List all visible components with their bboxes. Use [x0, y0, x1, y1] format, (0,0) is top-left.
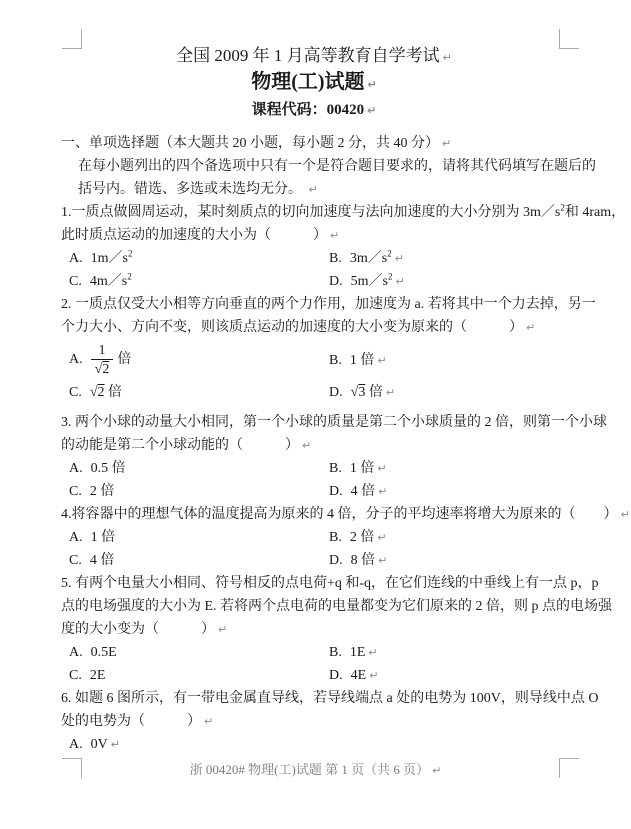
- return-mark-icon: ↵: [395, 252, 404, 265]
- option: A.1√2倍: [61, 342, 329, 379]
- fraction-numerator: 1: [91, 342, 114, 359]
- option-text: 1 倍: [350, 353, 375, 368]
- option: C.2 倍: [61, 480, 329, 503]
- fraction: 1√2: [91, 342, 114, 379]
- return-mark-icon: ↵: [330, 229, 339, 242]
- radicand: 2: [98, 385, 105, 400]
- return-mark-icon: ↵: [378, 554, 387, 567]
- page-footer: 浙 00420# 物理(工)试题 第 1 页（共 6 页）↵: [0, 759, 631, 778]
- text: 1E: [350, 645, 366, 660]
- text: 4 倍: [90, 553, 115, 568]
- option: B.3m／s2↵: [329, 247, 567, 270]
- option: B.1 倍↵: [329, 349, 567, 372]
- option-label: A.: [69, 737, 83, 752]
- option: A.1m／s2: [61, 247, 329, 270]
- text: 1m／s: [91, 251, 128, 266]
- exam-page: 全国 2009 年 1 月高等教育自学考试↵ 物理(工)试题↵ 课程代码：004…: [0, 0, 631, 829]
- question: 6. 如题 6 图所示，有一带电金属直导线，若导线端点 a 处的电势为 100V…: [61, 687, 567, 756]
- text: 1 倍: [350, 353, 375, 368]
- option: C.4m／s2: [61, 270, 329, 293]
- return-mark-icon: ↵: [309, 183, 318, 196]
- return-mark-icon: ↵: [204, 715, 213, 728]
- return-mark-icon: ↵: [377, 531, 386, 544]
- option-label: A.: [69, 352, 83, 367]
- question-stem-line: 3. 两个小球的动量大小相同，第一个小球的质量是第二个小球质量的 2 倍，则第一…: [61, 411, 567, 434]
- options-row: A.0.5EB.1E↵: [61, 641, 567, 664]
- text: 8 倍: [351, 553, 376, 568]
- course-code: 课程代码：00420↵: [61, 97, 567, 124]
- option-label: B.: [329, 353, 342, 368]
- return-mark-icon: ↵: [442, 137, 451, 150]
- option-text: 5m／s2: [351, 274, 393, 289]
- option-label: D.: [329, 385, 343, 400]
- option-text: 2 倍: [350, 530, 375, 545]
- fraction-denominator: √2: [91, 359, 114, 379]
- section-heading-text: 一、单项选择题（本大题共 20 小题，每小题 2 分，共 40 分）: [61, 136, 439, 151]
- question-stem-line: 处的电势为（ ）↵: [61, 710, 567, 733]
- option-label: C.: [69, 385, 82, 400]
- text: 4 倍: [351, 484, 376, 499]
- text: 1 倍: [350, 461, 375, 476]
- option: B.1E↵: [329, 641, 567, 664]
- option-text: √2 倍: [90, 385, 122, 400]
- text: 此时质点运动的加速度的大小为（ ）: [61, 228, 327, 243]
- return-mark-icon: ↵: [377, 462, 386, 475]
- section-instructions: 在每小题列出的四个备选项中只有一个是符合题目要求的，请将其代码填写在题后的括号内…: [61, 155, 567, 201]
- option: A.0.5 倍: [61, 457, 329, 480]
- option: B.1 倍↵: [329, 457, 567, 480]
- text: 2. 一质点仅受大小相等方向垂直的两个力作用，加速度为 a. 若将其中一个力去掉…: [61, 297, 596, 312]
- radical-sign: √: [90, 385, 98, 400]
- option-text: 2E: [90, 668, 106, 683]
- question-stem-line: 度的大小变为（ ）↵: [61, 618, 567, 641]
- return-mark-icon: ↵: [368, 78, 377, 91]
- option-text: 1√2倍: [91, 352, 132, 367]
- text: 0.5E: [91, 645, 117, 660]
- text: 倍: [105, 385, 123, 400]
- options-row: A.0V↵: [61, 733, 567, 756]
- text: 倍: [365, 385, 383, 400]
- option-text: 4m／s2: [90, 274, 132, 289]
- page-content: 全国 2009 年 1 月高等教育自学考试↵ 物理(工)试题↵ 课程代码：004…: [61, 43, 567, 756]
- option-label: A.: [69, 461, 83, 476]
- option-text: 3m／s2: [350, 251, 392, 266]
- option-text: 4 倍: [90, 553, 115, 568]
- option: C.2E: [61, 664, 329, 687]
- text: 0.5 倍: [91, 461, 126, 476]
- instruction-text: 在每小题列出的四个备选项中只有一个是符合题目要求的，请将其代码填写在题后的: [78, 159, 596, 174]
- question-stem-line: 点的电场强度的大小为 E. 若将两个点电荷的电量都变为它们原来的 2 倍，则 p…: [61, 595, 567, 618]
- course-code-text: 课程代码：00420: [252, 102, 365, 118]
- superscript: 2: [387, 248, 392, 258]
- options-row: A.1√2倍B.1 倍↵: [61, 339, 567, 381]
- option: A.1 倍: [61, 526, 329, 549]
- subject-title-text: 物理(工)试题: [251, 71, 364, 93]
- text: 0V: [91, 737, 108, 752]
- option-text: 1m／s2: [91, 251, 133, 266]
- option-text: 1 倍: [91, 530, 116, 545]
- text: 度的大小变为（ ）: [61, 622, 215, 637]
- return-mark-icon: ↵: [302, 439, 311, 452]
- question: 4.将容器中的理想气体的温度提高为原来的 4 倍，分子的平均速率将增大为原来的（…: [61, 503, 567, 572]
- square-root: √3: [351, 385, 366, 400]
- page-footer-text: 浙 00420# 物理(工)试题 第 1 页（共 6 页）: [190, 762, 429, 777]
- square-root: √2: [95, 362, 110, 377]
- option-label: A.: [69, 251, 83, 266]
- question: 3. 两个小球的动量大小相同，第一个小球的质量是第二个小球质量的 2 倍，则第一…: [61, 411, 567, 503]
- option: D.8 倍↵: [329, 549, 567, 572]
- question-stem-line: 此时质点运动的加速度的大小为（ ）↵: [61, 224, 567, 247]
- instruction-line: 括号内。错选、多选或未选均无分。 ↵: [61, 178, 567, 201]
- text: 2 倍: [350, 530, 375, 545]
- return-mark-icon: ↵: [395, 275, 404, 288]
- text: 5m／s: [351, 274, 388, 289]
- superscript: 2: [128, 248, 133, 258]
- option: C.√2 倍: [61, 381, 329, 404]
- return-mark-icon: ↵: [367, 104, 376, 117]
- option-label: B.: [329, 530, 342, 545]
- option-label: B.: [329, 461, 342, 476]
- options-row: C.√2 倍D.√3 倍↵: [61, 381, 567, 404]
- section-heading: 一、单项选择题（本大题共 20 小题，每小题 2 分，共 40 分）↵: [61, 132, 567, 155]
- superscript: 2: [388, 271, 393, 281]
- option-text: √3 倍: [351, 385, 383, 400]
- options-row: C.2 倍D.4 倍↵: [61, 480, 567, 503]
- question-stem-line: 个力大小、方向不变，则该质点运动的加速度的大小变为原来的（ ）↵: [61, 316, 567, 339]
- return-mark-icon: ↵: [111, 738, 120, 751]
- questions: 1.一质点做圆周运动，某时刻质点的切向加速度与法向加速度的大小分别为 3m／s2…: [61, 201, 567, 756]
- question: 1.一质点做圆周运动，某时刻质点的切向加速度与法向加速度的大小分别为 3m／s2…: [61, 201, 567, 293]
- option-label: D.: [329, 484, 343, 499]
- text: 6. 如题 6 图所示，有一带电金属直导线，若导线端点 a 处的电势为 100V…: [61, 691, 598, 706]
- return-mark-icon: ↵: [526, 321, 535, 334]
- option-label: D.: [329, 668, 343, 683]
- text: 1 倍: [91, 530, 116, 545]
- option-label: C.: [69, 553, 82, 568]
- option: D.5m／s2↵: [329, 270, 567, 293]
- option-label: C.: [69, 484, 82, 499]
- superscript: 2: [127, 271, 132, 281]
- option-label: D.: [329, 274, 343, 289]
- return-mark-icon: ↵: [369, 669, 378, 682]
- option-text: 0V: [91, 737, 108, 752]
- text: 1: [98, 343, 105, 358]
- option: A.0V↵: [61, 733, 329, 756]
- options-row: A.1m／s2B.3m／s2↵: [61, 247, 567, 270]
- options-row: C.2ED.4E↵: [61, 664, 567, 687]
- option-text: 4E: [351, 668, 367, 683]
- text: 2E: [90, 668, 106, 683]
- option-text: 8 倍: [351, 553, 376, 568]
- options-row: C.4m／s2D.5m／s2↵: [61, 270, 567, 293]
- option-text: 4 倍: [351, 484, 376, 499]
- return-mark-icon: ↵: [443, 51, 452, 64]
- text: 2 倍: [90, 484, 115, 499]
- question-stem-line: 6. 如题 6 图所示，有一带电金属直导线，若导线端点 a 处的电势为 100V…: [61, 687, 567, 710]
- option-label: A.: [69, 530, 83, 545]
- question-stem-line: 5. 有两个电量大小相同、符号相反的点电荷+q 和-q，在它们连线的中垂线上有一…: [61, 572, 567, 595]
- text: 1.一质点做圆周运动，某时刻质点的切向加速度与法向加速度的大小分别为 3m／s: [61, 205, 560, 220]
- exam-title-text: 全国 2009 年 1 月高等教育自学考试: [176, 46, 440, 65]
- question-stem-line: 2. 一质点仅受大小相等方向垂直的两个力作用，加速度为 a. 若将其中一个力去掉…: [61, 293, 567, 316]
- text: 的动能是第二个小球动能的（ ）: [61, 438, 299, 453]
- options-row: A.1 倍B.2 倍↵: [61, 526, 567, 549]
- text: 4E: [351, 668, 367, 683]
- square-root: √2: [90, 385, 105, 400]
- option-text: 2 倍: [90, 484, 115, 499]
- text: 3. 两个小球的动量大小相同，第一个小球的质量是第二个小球质量的 2 倍，则第一…: [61, 415, 607, 430]
- question-stem-line: 4.将容器中的理想气体的温度提高为原来的 4 倍，分子的平均速率将增大为原来的（…: [61, 503, 567, 526]
- text: 处的电势为（ ）: [61, 714, 201, 729]
- option: B.2 倍↵: [329, 526, 567, 549]
- question: 2. 一质点仅受大小相等方向垂直的两个力作用，加速度为 a. 若将其中一个力去掉…: [61, 293, 567, 404]
- option-text: 0.5E: [91, 645, 117, 660]
- option: D.4 倍↵: [329, 480, 567, 503]
- text: 和 4ram，: [565, 205, 625, 220]
- option-label: D.: [329, 553, 343, 568]
- option-label: C.: [69, 274, 82, 289]
- option: A.0.5E: [61, 641, 329, 664]
- return-mark-icon: ↵: [368, 646, 377, 659]
- text: 个力大小、方向不变，则该质点运动的加速度的大小变为原来的（ ）: [61, 320, 523, 335]
- return-mark-icon: ↵: [377, 354, 386, 367]
- question-stem-line: 的动能是第二个小球动能的（ ）↵: [61, 434, 567, 457]
- option-text: 1 倍: [350, 461, 375, 476]
- text: 4.将容器中的理想气体的温度提高为原来的 4 倍，分子的平均速率将增大为原来的（…: [61, 507, 618, 522]
- subject-title: 物理(工)试题↵: [61, 70, 567, 97]
- text: 3m／s: [350, 251, 387, 266]
- text: 点的电场强度的大小为 E. 若将两个点电荷的电量都变为它们原来的 2 倍，则 p…: [61, 599, 612, 614]
- question: 5. 有两个电量大小相同、符号相反的点电荷+q 和-q，在它们连线的中垂线上有一…: [61, 572, 567, 687]
- option-text: 0.5 倍: [91, 461, 126, 476]
- option-label: A.: [69, 645, 83, 660]
- question-stem-line: 1.一质点做圆周运动，某时刻质点的切向加速度与法向加速度的大小分别为 3m／s2…: [61, 201, 567, 224]
- instruction-line: 在每小题列出的四个备选项中只有一个是符合题目要求的，请将其代码填写在题后的: [61, 155, 567, 178]
- option-text: 1E: [350, 645, 366, 660]
- return-mark-icon: ↵: [378, 485, 387, 498]
- return-mark-icon: ↵: [432, 764, 441, 777]
- radicand: 2: [102, 362, 109, 377]
- option-label: B.: [329, 645, 342, 660]
- return-mark-icon: ↵: [621, 508, 630, 521]
- option: D.4E↵: [329, 664, 567, 687]
- option-label: C.: [69, 668, 82, 683]
- text: 4m／s: [90, 274, 127, 289]
- option: D.√3 倍↵: [329, 381, 567, 404]
- return-mark-icon: ↵: [218, 623, 227, 636]
- return-mark-icon: ↵: [386, 386, 395, 399]
- option: C.4 倍: [61, 549, 329, 572]
- instruction-text: 括号内。错选、多选或未选均无分。: [78, 182, 306, 197]
- options-row: C.4 倍D.8 倍↵: [61, 549, 567, 572]
- option-label: B.: [329, 251, 342, 266]
- text: 5. 有两个电量大小相同、符号相反的点电荷+q 和-q，在它们连线的中垂线上有一…: [61, 576, 599, 591]
- text: 倍: [117, 352, 131, 367]
- exam-title: 全国 2009 年 1 月高等教育自学考试↵: [61, 43, 567, 70]
- options-row: A.0.5 倍B.1 倍↵: [61, 457, 567, 480]
